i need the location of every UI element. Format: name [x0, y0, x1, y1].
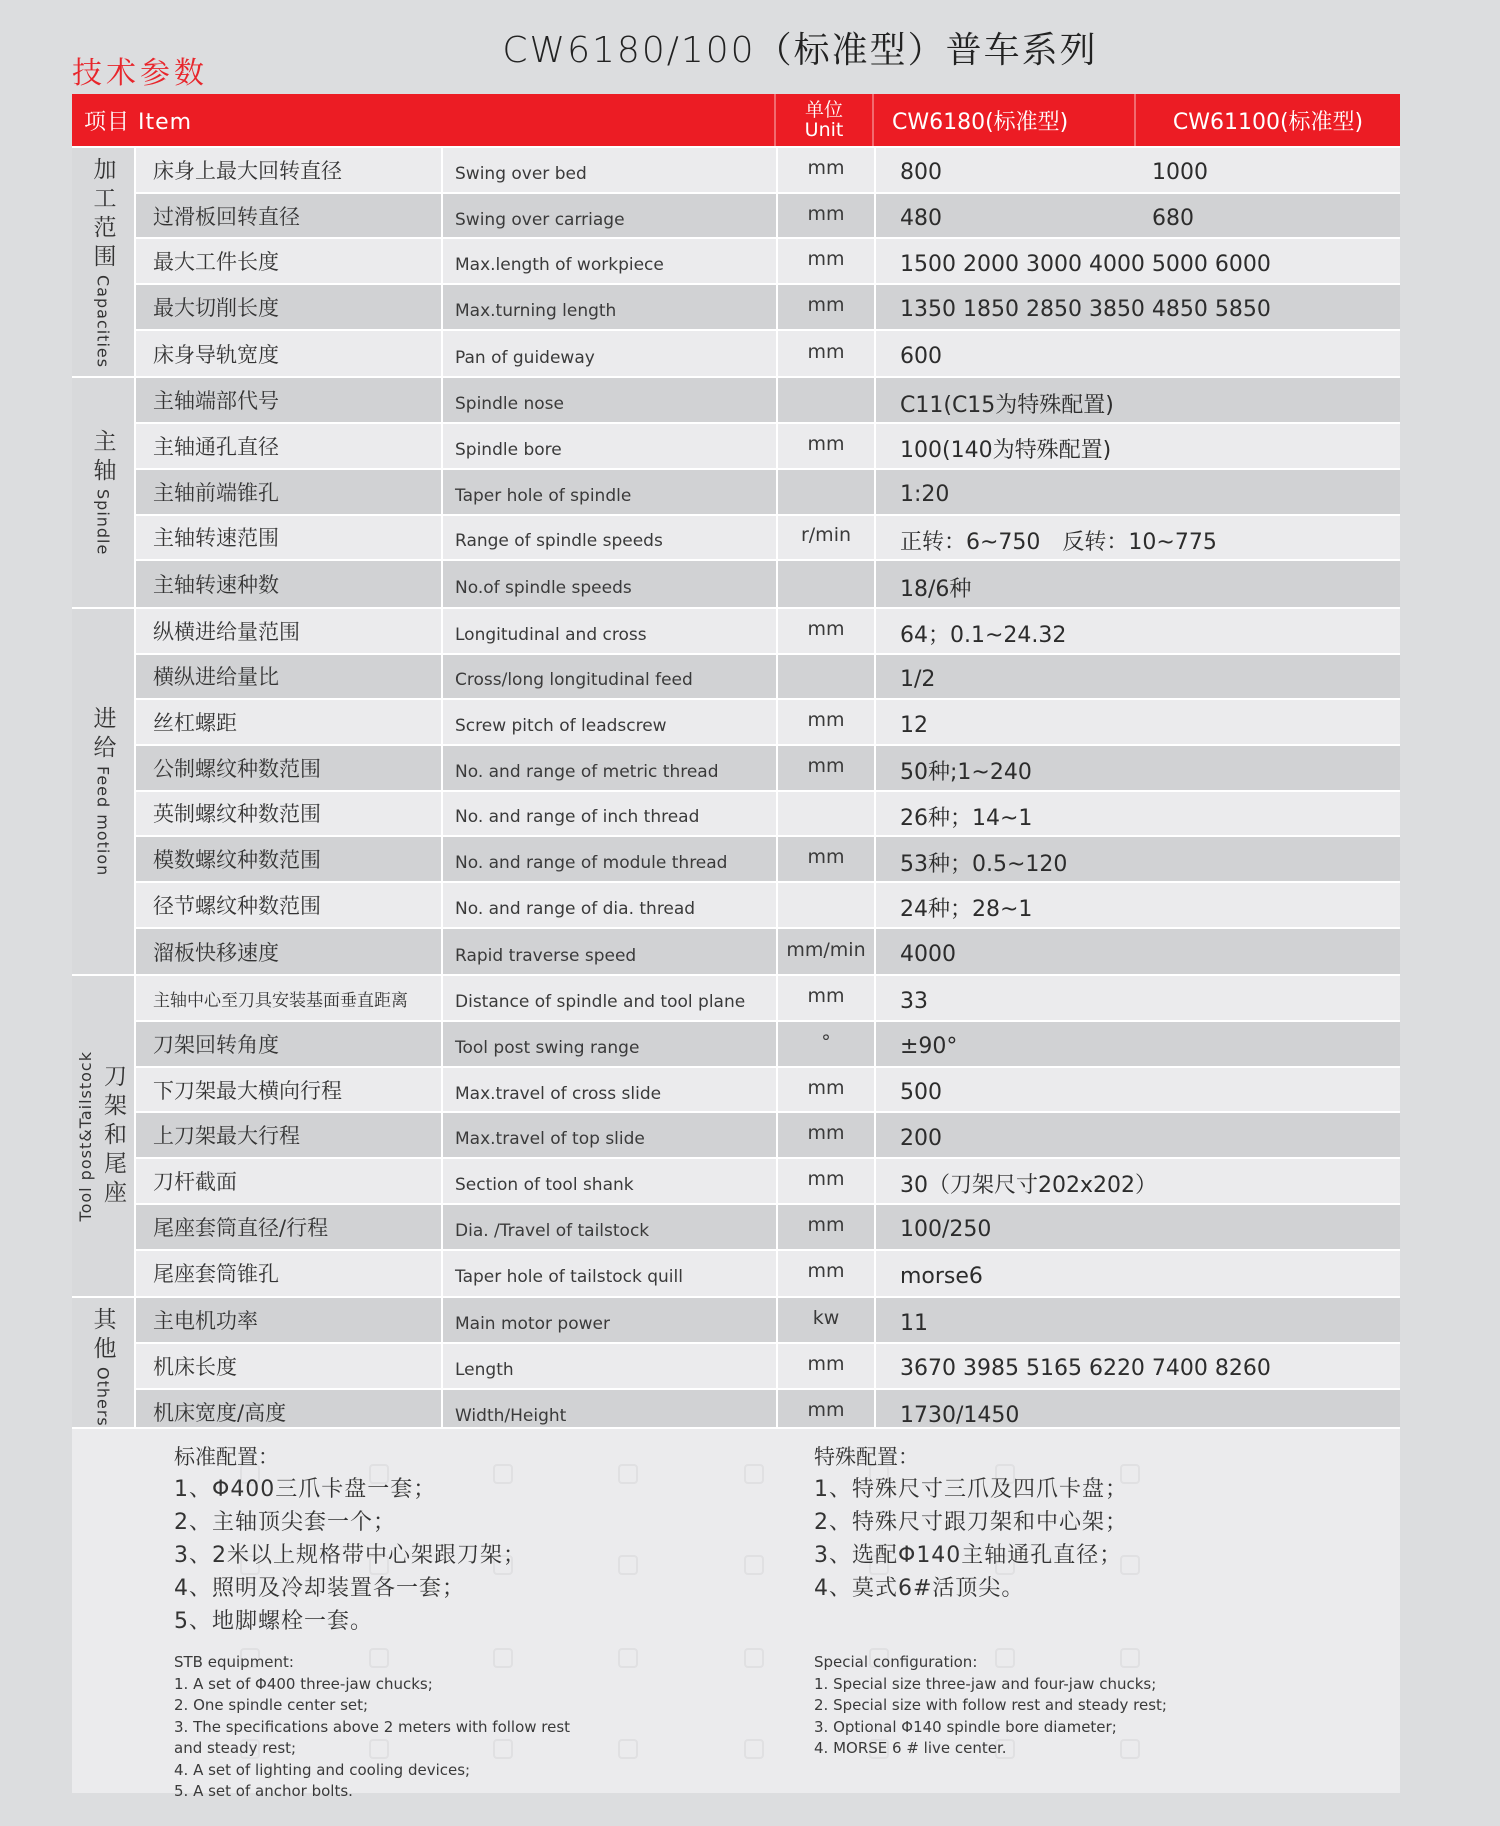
param-values: 4000	[876, 929, 1400, 975]
param-values: 12	[876, 700, 1400, 744]
param-name-zh: 上刀架最大行程	[136, 1113, 443, 1157]
param-unit	[778, 561, 876, 607]
param-name-zh: 最大工件长度	[136, 239, 443, 283]
value-model-1: morse6	[900, 1264, 983, 1289]
list-item: 2. One spindle center set;	[174, 1695, 734, 1717]
param-values: 480680	[876, 194, 1400, 238]
header-item: 项目 Item	[72, 94, 776, 146]
page-title: CW6180/100（标准型）普车系列	[0, 22, 1500, 73]
table-row: 尾座套筒直径/行程Dia. /Travel of tailstockmm100/…	[136, 1205, 1400, 1251]
param-unit: mm	[778, 700, 876, 744]
param-name-en: Max.travel of top slide	[443, 1113, 778, 1157]
param-name-en: Max.length of workpiece	[443, 239, 778, 283]
table-body: 加工范围Capacities床身上最大回转直径Swing over bedmm8…	[72, 146, 1400, 1435]
table-row: 主轴端部代号Spindle noseC11(C15为特殊配置)	[136, 378, 1400, 424]
table-row: 公制螺纹种数范围No. and range of metric threadmm…	[136, 746, 1400, 792]
param-name-zh: 横纵进给量比	[136, 655, 443, 699]
value-model-1: 24种；28~1	[900, 892, 1032, 923]
category-zh: 加工范围	[87, 157, 120, 273]
table-row: 主轴前端锥孔Taper hole of spindle1:20	[136, 470, 1400, 516]
param-unit: mm	[778, 1068, 876, 1112]
param-name-en: No. and range of module thread	[443, 837, 778, 881]
table-row: 最大工件长度Max.length of workpiecemm1500 2000…	[136, 239, 1400, 285]
param-unit: mm	[778, 976, 876, 1020]
table-header: 项目 Item 单位 Unit CW6180(标准型) CW61100(标准型)	[72, 94, 1400, 146]
table-row: 丝杠螺距Screw pitch of leadscrewmm12	[136, 700, 1400, 746]
param-name-en: No. and range of dia. thread	[443, 883, 778, 927]
table-row: 模数螺纹种数范围No. and range of module threadmm…	[136, 837, 1400, 883]
list-item: 4. A set of lighting and cooling devices…	[174, 1760, 734, 1782]
category-cell: 进给Feed motion	[72, 609, 136, 975]
value-model-1: 500	[900, 1080, 942, 1105]
value-model-1: 200	[900, 1126, 942, 1151]
param-name-zh: 主轴转速种数	[136, 561, 443, 607]
param-name-zh: 主电机功率	[136, 1298, 443, 1342]
param-unit: mm/min	[778, 929, 876, 975]
value-model-1: 480	[900, 206, 1152, 231]
category-zh: 刀架和尾座	[97, 1064, 130, 1209]
param-unit: mm	[778, 1159, 876, 1203]
table-row: 最大切削长度Max.turning lengthmm1350 1850 2850…	[136, 285, 1400, 331]
list-item: and steady rest;	[174, 1738, 734, 1760]
list-item: 2、主轴顶尖套一个；	[174, 1506, 734, 1539]
value-model-1: C11(C15为特殊配置)	[900, 388, 1114, 419]
table-row: 横纵进给量比Cross/long longitudinal feed1/2	[136, 655, 1400, 701]
special-config-en-title: Special configuration:	[814, 1652, 1374, 1674]
value-model-1: 18/6种	[900, 572, 971, 603]
param-name-en: Section of tool shank	[443, 1159, 778, 1203]
list-item: 3. Optional Φ140 spindle bore diameter;	[814, 1717, 1374, 1739]
param-values: 30（刀架尺寸202x202）	[876, 1159, 1400, 1203]
category-zh: 进给	[87, 706, 120, 764]
value-model-1: 64；0.1~24.32	[900, 618, 1066, 649]
special-config-en-list: 1. Special size three-jaw and four-jaw c…	[814, 1674, 1374, 1760]
special-config-title: 特殊配置：	[814, 1441, 1374, 1473]
param-values: 33	[876, 976, 1400, 1020]
param-name-en: No. and range of inch thread	[443, 792, 778, 836]
table-row: 径节螺纹种数范围No. and range of dia. thread24种；…	[136, 883, 1400, 929]
param-name-zh: 最大切削长度	[136, 285, 443, 329]
value-model-1: 600	[900, 344, 942, 369]
standard-config-en-title: STB equipment:	[174, 1652, 734, 1674]
param-unit: mm	[778, 1113, 876, 1157]
param-unit: mm	[778, 1205, 876, 1249]
param-values: 1350 1850 2850 3850 4850 5850	[876, 285, 1400, 329]
param-unit: °	[778, 1022, 876, 1066]
param-name-en: Taper hole of tailstock quill	[443, 1251, 778, 1297]
section-subtitle: 技术参数	[72, 48, 208, 92]
param-name-en: Swing over bed	[443, 148, 778, 192]
param-unit	[778, 883, 876, 927]
param-name-en: Max.turning length	[443, 285, 778, 329]
special-config-zh-list: 1、特殊尺寸三爪及四爪卡盘；2、特殊尺寸跟刀架和中心架；3、选配Φ140主轴通孔…	[814, 1473, 1374, 1605]
table-row: 英制螺纹种数范围No. and range of inch thread26种；…	[136, 792, 1400, 838]
param-values: 8001000	[876, 148, 1400, 192]
table-row: 主轴通孔直径Spindle boremm100(140为特殊配置)	[136, 424, 1400, 470]
category-en: Capacities	[94, 275, 113, 368]
table-row: 主轴中心至刀具安装基面垂直距离Distance of spindle and t…	[136, 976, 1400, 1022]
param-name-zh: 下刀架最大横向行程	[136, 1068, 443, 1112]
list-item: 5. A set of anchor bolts.	[174, 1781, 734, 1803]
list-item: 5、地脚螺栓一套。	[174, 1605, 734, 1638]
param-name-zh: 主轴转速范围	[136, 516, 443, 560]
value-model-1: 11	[900, 1311, 928, 1336]
param-unit: mm	[778, 239, 876, 283]
param-values: C11(C15为特殊配置)	[876, 378, 1400, 422]
param-name-zh: 模数螺纹种数范围	[136, 837, 443, 881]
value-model-1: 1/2	[900, 667, 935, 692]
param-values: 64；0.1~24.32	[876, 609, 1400, 653]
param-values: 11	[876, 1298, 1400, 1342]
param-values: 24种；28~1	[876, 883, 1400, 927]
group-3: Tool post&Tailstock刀架和尾座主轴中心至刀具安装基面垂直距离D…	[72, 974, 1400, 1296]
value-model-1: 50种;1~240	[900, 755, 1032, 786]
param-values: 53种；0.5~120	[876, 837, 1400, 881]
param-unit	[778, 792, 876, 836]
param-name-en: Screw pitch of leadscrew	[443, 700, 778, 744]
list-item: 4、照明及冷却装置各一套；	[174, 1572, 734, 1605]
value-model-1: 33	[900, 989, 928, 1014]
watermark-icon	[744, 1648, 764, 1668]
value-model-1: 正转：6~750 反转：10~775	[900, 525, 1217, 556]
param-values: 50种;1~240	[876, 746, 1400, 790]
value-model-1: 1500 2000 3000 4000 5000 6000	[900, 252, 1271, 277]
table-row: 床身导轨宽度Pan of guidewaymm600	[136, 331, 1400, 377]
header-model-1: CW6180(标准型)	[874, 94, 1136, 146]
header-unit-en: Unit	[805, 120, 844, 140]
header-unit-zh: 单位	[805, 100, 843, 120]
param-unit: r/min	[778, 516, 876, 560]
value-model-1: 12	[900, 713, 928, 738]
value-model-1: 100/250	[900, 1217, 991, 1242]
value-model-1: 800	[900, 160, 1152, 185]
param-name-zh: 纵横进给量范围	[136, 609, 443, 653]
param-name-zh: 主轴端部代号	[136, 378, 443, 422]
param-name-zh: 机床长度	[136, 1344, 443, 1388]
value-model-1: 1350 1850 2850 3850 4850 5850	[900, 297, 1271, 322]
param-name-zh: 尾座套筒直径/行程	[136, 1205, 443, 1249]
param-name-zh: 尾座套筒锥孔	[136, 1251, 443, 1297]
spec-table: 项目 Item 单位 Unit CW6180(标准型) CW61100(标准型)…	[72, 94, 1400, 1435]
table-row: 床身上最大回转直径Swing over bedmm8001000	[136, 148, 1400, 194]
value-model-2: 680	[1152, 206, 1194, 231]
value-model-1: 26种；14~1	[900, 801, 1032, 832]
list-item: 4、莫式6#活顶尖。	[814, 1572, 1374, 1605]
param-name-en: Range of spindle speeds	[443, 516, 778, 560]
param-unit: mm	[778, 194, 876, 238]
table-row: 上刀架最大行程Max.travel of top slidemm200	[136, 1113, 1400, 1159]
param-values: 3670 3985 5165 6220 7400 8260	[876, 1344, 1400, 1388]
category-cell: Tool post&Tailstock刀架和尾座	[72, 976, 136, 1296]
value-model-1: 30（刀架尺寸202x202）	[900, 1168, 1157, 1199]
list-item: 3、选配Φ140主轴通孔直径；	[814, 1539, 1374, 1572]
standard-config-title: 标准配置：	[174, 1441, 734, 1473]
param-values: 1:20	[876, 470, 1400, 514]
param-name-en: Max.travel of cross slide	[443, 1068, 778, 1112]
param-unit	[778, 470, 876, 514]
watermark-icon	[744, 1739, 764, 1759]
param-unit: mm	[778, 331, 876, 377]
category-en: Tool post&Tailstock	[76, 1051, 95, 1221]
param-name-en: Tool post swing range	[443, 1022, 778, 1066]
param-unit	[778, 378, 876, 422]
value-model-1: 100(140为特殊配置)	[900, 433, 1111, 464]
value-model-1: 1:20	[900, 482, 949, 507]
group-4: 其他Others主电机功率Main motor powerkw11机床长度Len…	[72, 1296, 1400, 1435]
table-row: 主电机功率Main motor powerkw11	[136, 1298, 1400, 1344]
category-cell: 加工范围Capacities	[72, 148, 136, 376]
param-values: 26种；14~1	[876, 792, 1400, 836]
param-values: 100/250	[876, 1205, 1400, 1249]
category-en: Others	[94, 1367, 113, 1427]
param-unit: kw	[778, 1298, 876, 1342]
param-values: 600	[876, 331, 1400, 377]
param-name-zh: 径节螺纹种数范围	[136, 883, 443, 927]
group-1: 主轴Spindle主轴端部代号Spindle noseC11(C15为特殊配置)…	[72, 376, 1400, 606]
param-unit: mm	[778, 424, 876, 468]
param-name-en: Swing over carriage	[443, 194, 778, 238]
table-row: 尾座套筒锥孔Taper hole of tailstock quillmmmor…	[136, 1251, 1400, 1297]
param-name-en: Cross/long longitudinal feed	[443, 655, 778, 699]
header-model-2: CW61100(标准型)	[1136, 94, 1400, 146]
param-name-zh: 溜板快移速度	[136, 929, 443, 975]
param-values: 1500 2000 3000 4000 5000 6000	[876, 239, 1400, 283]
param-unit: mm	[778, 1251, 876, 1297]
param-name-zh: 刀杆截面	[136, 1159, 443, 1203]
table-row: 主轴转速范围Range of spindle speedsr/min正转：6~7…	[136, 516, 1400, 562]
param-name-zh: 丝杠螺距	[136, 700, 443, 744]
category-cell: 主轴Spindle	[72, 378, 136, 606]
table-row: 机床长度Lengthmm3670 3985 5165 6220 7400 826…	[136, 1344, 1400, 1390]
standard-config-zh-list: 1、Φ400三爪卡盘一套；2、主轴顶尖套一个；3、2米以上规格带中心架跟刀架；4…	[174, 1473, 734, 1638]
param-name-en: Pan of guideway	[443, 331, 778, 377]
param-name-zh: 公制螺纹种数范围	[136, 746, 443, 790]
param-name-en: No. and range of metric thread	[443, 746, 778, 790]
param-unit	[778, 655, 876, 699]
param-name-zh: 英制螺纹种数范围	[136, 792, 443, 836]
watermark-icon	[744, 1555, 764, 1575]
param-unit: mm	[778, 285, 876, 329]
table-row: 主轴转速种数No.of spindle speeds18/6种	[136, 561, 1400, 607]
param-name-en: Rapid traverse speed	[443, 929, 778, 975]
value-model-1: 1730/1450	[900, 1403, 1019, 1428]
param-name-zh: 主轴中心至刀具安装基面垂直距离	[136, 976, 443, 1020]
table-row: 刀架回转角度Tool post swing range°±90°	[136, 1022, 1400, 1068]
table-row: 刀杆截面Section of tool shankmm30（刀架尺寸202x20…	[136, 1159, 1400, 1205]
list-item: 1. A set of Φ400 three-jaw chucks;	[174, 1674, 734, 1696]
list-item: 1. Special size three-jaw and four-jaw c…	[814, 1674, 1374, 1696]
param-name-en: Taper hole of spindle	[443, 470, 778, 514]
standard-config: 标准配置： 1、Φ400三爪卡盘一套；2、主轴顶尖套一个；3、2米以上规格带中心…	[174, 1441, 734, 1803]
param-name-zh: 床身上最大回转直径	[136, 148, 443, 192]
param-name-zh: 过滑板回转直径	[136, 194, 443, 238]
param-values: 正转：6~750 反转：10~775	[876, 516, 1400, 560]
param-unit: mm	[778, 746, 876, 790]
param-values: ±90°	[876, 1022, 1400, 1066]
value-model-1: 3670 3985 5165 6220 7400 8260	[900, 1356, 1271, 1381]
list-item: 3. The specifications above 2 meters wit…	[174, 1717, 734, 1739]
table-row: 过滑板回转直径Swing over carriagemm480680	[136, 194, 1400, 240]
header-unit: 单位 Unit	[776, 94, 874, 146]
param-unit: mm	[778, 148, 876, 192]
param-values: 500	[876, 1068, 1400, 1112]
value-model-2: 1000	[1152, 160, 1208, 185]
param-values: 18/6种	[876, 561, 1400, 607]
list-item: 1、特殊尺寸三爪及四爪卡盘；	[814, 1473, 1374, 1506]
configuration-panel: 标准配置： 1、Φ400三爪卡盘一套；2、主轴顶尖套一个；3、2米以上规格带中心…	[72, 1427, 1400, 1793]
table-row: 下刀架最大横向行程Max.travel of cross slidemm500	[136, 1068, 1400, 1114]
param-name-en: Spindle nose	[443, 378, 778, 422]
category-en: Feed motion	[94, 766, 113, 876]
param-name-en: Distance of spindle and tool plane	[443, 976, 778, 1020]
param-name-en: Longitudinal and cross	[443, 609, 778, 653]
list-item: 3、2米以上规格带中心架跟刀架；	[174, 1539, 734, 1572]
param-name-zh: 刀架回转角度	[136, 1022, 443, 1066]
param-values: 100(140为特殊配置)	[876, 424, 1400, 468]
category-zh: 其他	[87, 1307, 120, 1365]
param-name-en: Dia. /Travel of tailstock	[443, 1205, 778, 1249]
list-item: 2. Special size with follow rest and ste…	[814, 1695, 1374, 1717]
param-name-zh: 主轴前端锥孔	[136, 470, 443, 514]
group-2: 进给Feed motion纵横进给量范围Longitudinal and cro…	[72, 607, 1400, 975]
special-config: 特殊配置： 1、特殊尺寸三爪及四爪卡盘；2、特殊尺寸跟刀架和中心架；3、选配Φ1…	[814, 1441, 1374, 1760]
table-row: 溜板快移速度Rapid traverse speedmm/min4000	[136, 929, 1400, 975]
param-unit: mm	[778, 837, 876, 881]
category-en: Spindle	[94, 489, 113, 555]
param-values: morse6	[876, 1251, 1400, 1297]
list-item: 4. MORSE 6 # live center.	[814, 1738, 1374, 1760]
param-name-en: No.of spindle speeds	[443, 561, 778, 607]
value-model-1: 53种；0.5~120	[900, 847, 1067, 878]
watermark-icon	[744, 1464, 764, 1484]
list-item: 1、Φ400三爪卡盘一套；	[174, 1473, 734, 1506]
param-values: 200	[876, 1113, 1400, 1157]
param-unit: mm	[778, 609, 876, 653]
group-0: 加工范围Capacities床身上最大回转直径Swing over bedmm8…	[72, 146, 1400, 376]
table-row: 纵横进给量范围Longitudinal and crossmm64；0.1~24…	[136, 609, 1400, 655]
category-zh: 主轴	[87, 429, 120, 487]
param-name-en: Main motor power	[443, 1298, 778, 1342]
list-item: 2、特殊尺寸跟刀架和中心架；	[814, 1506, 1374, 1539]
param-values: 1/2	[876, 655, 1400, 699]
value-model-1: ±90°	[900, 1034, 957, 1059]
value-model-1: 4000	[900, 942, 956, 967]
param-name-en: Length	[443, 1344, 778, 1388]
param-name-zh: 床身导轨宽度	[136, 331, 443, 377]
standard-config-en-list: 1. A set of Φ400 three-jaw chucks;2. One…	[174, 1674, 734, 1803]
param-name-en: Spindle bore	[443, 424, 778, 468]
param-name-zh: 主轴通孔直径	[136, 424, 443, 468]
param-unit: mm	[778, 1344, 876, 1388]
category-cell: 其他Others	[72, 1298, 136, 1435]
